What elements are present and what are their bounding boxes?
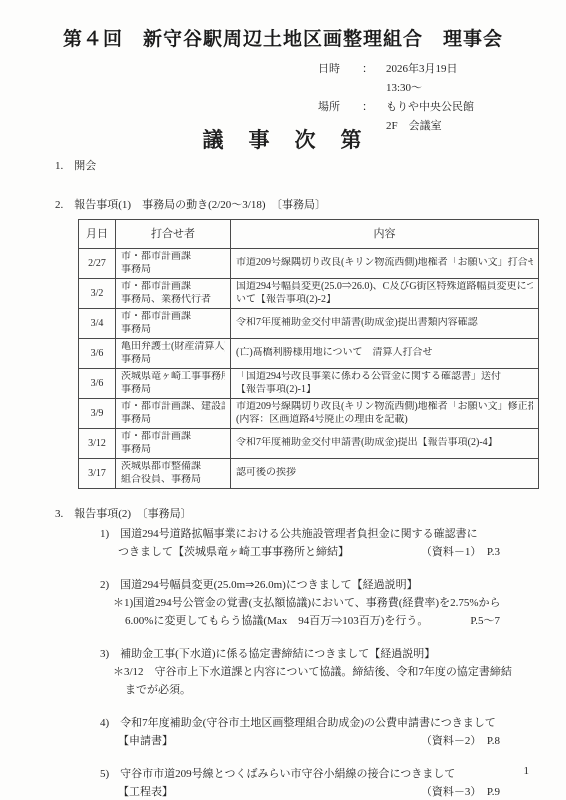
place-label: 場所 — [318, 98, 362, 117]
cell-date: 3/9 — [79, 399, 116, 429]
doc-reference: P.5～7 — [470, 612, 500, 630]
table-row: 3/6 亀田弁護士(財産清算人)事務局 (亡)髙橋利勝様用地について 清算人打合… — [79, 339, 539, 369]
table-row: 3/12 市・都市計画課事務局 令和7年度補助金交付申請書(助成金)提出【報告事… — [79, 429, 539, 459]
document-page: 第４回 新守谷駅周辺土地区画整理組合 理事会 日時 ： 2026年3月19日 1… — [0, 0, 566, 800]
cell-party: 茨城県竜ヶ崎工事事務所事務局 — [116, 369, 231, 399]
header-content: 内容 — [231, 220, 539, 249]
cell-content: (亡)髙橋利勝様用地について 清算人打合せ — [231, 339, 539, 369]
table-row: 3/6 茨城県竜ヶ崎工事事務所事務局 「国道294号改良事業に係わる公管金に関す… — [79, 369, 539, 399]
cell-content: 「国道294号改良事業に係わる公管金に関する確認書」送付【報告事項(2)-1】 — [231, 369, 539, 399]
report2-item-5-line: 【工程表】（資料－3） P.9 — [55, 783, 500, 800]
cell-party: 市・都市計画課事務局 — [116, 309, 231, 339]
report2-item-3-line: ＊3/12 守谷市上下水道課と内容について協議。締結後、令和7年度の協定書締結 — [55, 663, 500, 681]
cell-date: 3/4 — [79, 309, 116, 339]
agenda-item-report2: 3. 報告事項(2) 〔事務局〕 — [55, 505, 538, 523]
report2-item-1-line: 1) 国道294号道路拡幅事業における公共施設管理者負担金に関する確認書に — [55, 525, 500, 543]
report2-item-2-line: 2) 国道294号幅員変更(25.0m⇒26.0m)につきまして【経過説明】 — [55, 576, 500, 594]
doc-reference: （資料－2） P.8 — [421, 732, 500, 750]
datetime-colon: ： — [362, 60, 386, 79]
report2-item-3-line: 3) 補助金工事(下水道)に係る協定書締結につきまして【経過説明】 — [55, 645, 500, 663]
table-row: 3/9 市・都市計画課、建設課事務局 市道209号線隅切り改良(キリン物流西側)… — [79, 399, 539, 429]
cell-date: 3/6 — [79, 369, 116, 399]
document-body: 1. 開会 2. 報告事項(1) 事務局の動き(2/20～3/18) 〔事務局〕… — [55, 152, 538, 800]
report2-item-2-line: ＊1)国道294号公管金の覚書(支払額協議)において、事務費(経費率)を2.75… — [55, 594, 500, 612]
activity-table: 月日 打合せ者 内容 2/27 市・都市計画課事務局 市道209号線隅切り改良(… — [78, 219, 539, 489]
cell-party: 市・都市計画課事務局 — [116, 429, 231, 459]
cell-date: 2/27 — [79, 249, 116, 279]
agenda-item-opening: 1. 開会 — [55, 157, 538, 175]
place-value: もりや中央公民館 — [386, 98, 474, 117]
report2-item-1-line: つきまして【茨城県竜ヶ崎工事事務所と締結】（資料－1） P.3 — [55, 543, 500, 561]
cell-content: 認可後の挨拶 — [231, 459, 539, 489]
cell-party: 市・都市計画課事務局、業務代行者 — [116, 279, 231, 309]
table-row: 3/17 茨城県都市整備課組合役員、事務局 認可後の挨拶 — [79, 459, 539, 489]
agenda-item-report1: 2. 報告事項(1) 事務局の動き(2/20～3/18) 〔事務局〕 — [55, 196, 538, 214]
report2-item-3-line: までが必須。 — [55, 681, 500, 699]
doc-reference: （資料－1） P.3 — [421, 543, 500, 561]
header-party: 打合せ者 — [116, 220, 231, 249]
time-value: 13:30～ — [386, 79, 422, 98]
cell-content: 令和7年度補助金交付申請書(助成金)提出書類内容確認 — [231, 309, 539, 339]
report2-item-2-line: 6.00%に変更してもらう協議(Max 94百万⇒103百万)を行う。P.5～7 — [55, 612, 500, 630]
cell-date: 3/17 — [79, 459, 116, 489]
datetime-label: 日時 — [318, 60, 362, 79]
meta-row-time: 13:30～ — [318, 79, 474, 98]
place-colon: ： — [362, 98, 386, 117]
report2-item-4-line: 4) 令和7年度補助金(守谷市土地区画整理組合助成金)の公費申請書につきまして — [55, 714, 500, 732]
header-date: 月日 — [79, 220, 116, 249]
agenda-heading: 議 事 次 第 — [0, 124, 566, 154]
cell-party: 亀田弁護士(財産清算人)事務局 — [116, 339, 231, 369]
doc-reference: （資料－3） P.9 — [421, 783, 500, 800]
document-title: 第４回 新守谷駅周辺土地区画整理組合 理事会 — [0, 24, 566, 51]
meta-row-datetime: 日時 ： 2026年3月19日 — [318, 60, 474, 79]
table-row: 3/4 市・都市計画課事務局 令和7年度補助金交付申請書(助成金)提出書類内容確… — [79, 309, 539, 339]
cell-content: 国道294号幅員変更(25.0⇒26.0)、C及びG街区特殊道路幅員変更について… — [231, 279, 539, 309]
table-row: 3/2 市・都市計画課事務局、業務代行者 国道294号幅員変更(25.0⇒26.… — [79, 279, 539, 309]
cell-party: 市・都市計画課、建設課事務局 — [116, 399, 231, 429]
cell-date: 3/6 — [79, 339, 116, 369]
table-header-row: 月日 打合せ者 内容 — [79, 220, 539, 249]
report2-item-5-line: 5) 守谷市市道209号線とつくばみらい市守谷小絹線の接合につきまして — [55, 765, 500, 783]
cell-content: 令和7年度補助金交付申請書(助成金)提出【報告事項(2)-4】 — [231, 429, 539, 459]
cell-party: 市・都市計画課事務局 — [116, 249, 231, 279]
meta-row-place: 場所 ： もりや中央公民館 — [318, 98, 474, 117]
cell-content: 市道209号線隅切り改良(キリン物流西側)地権者「お願い文」修正指示(内容：区画… — [231, 399, 539, 429]
report2-list: 1) 国道294号道路拡幅事業における公共施設管理者負担金に関する確認書に つき… — [55, 525, 500, 800]
page-number: 1 — [524, 765, 530, 777]
datetime-value: 2026年3月19日 — [386, 60, 458, 79]
report2-item-4-line: 【申請書】（資料－2） P.8 — [55, 732, 500, 750]
cell-date: 3/2 — [79, 279, 116, 309]
table-row: 2/27 市・都市計画課事務局 市道209号線隅切り改良(キリン物流西側)地権者… — [79, 249, 539, 279]
cell-content: 市道209号線隅切り改良(キリン物流西側)地権者「お願い文」打合せ — [231, 249, 539, 279]
cell-party: 茨城県都市整備課組合役員、事務局 — [116, 459, 231, 489]
cell-date: 3/12 — [79, 429, 116, 459]
